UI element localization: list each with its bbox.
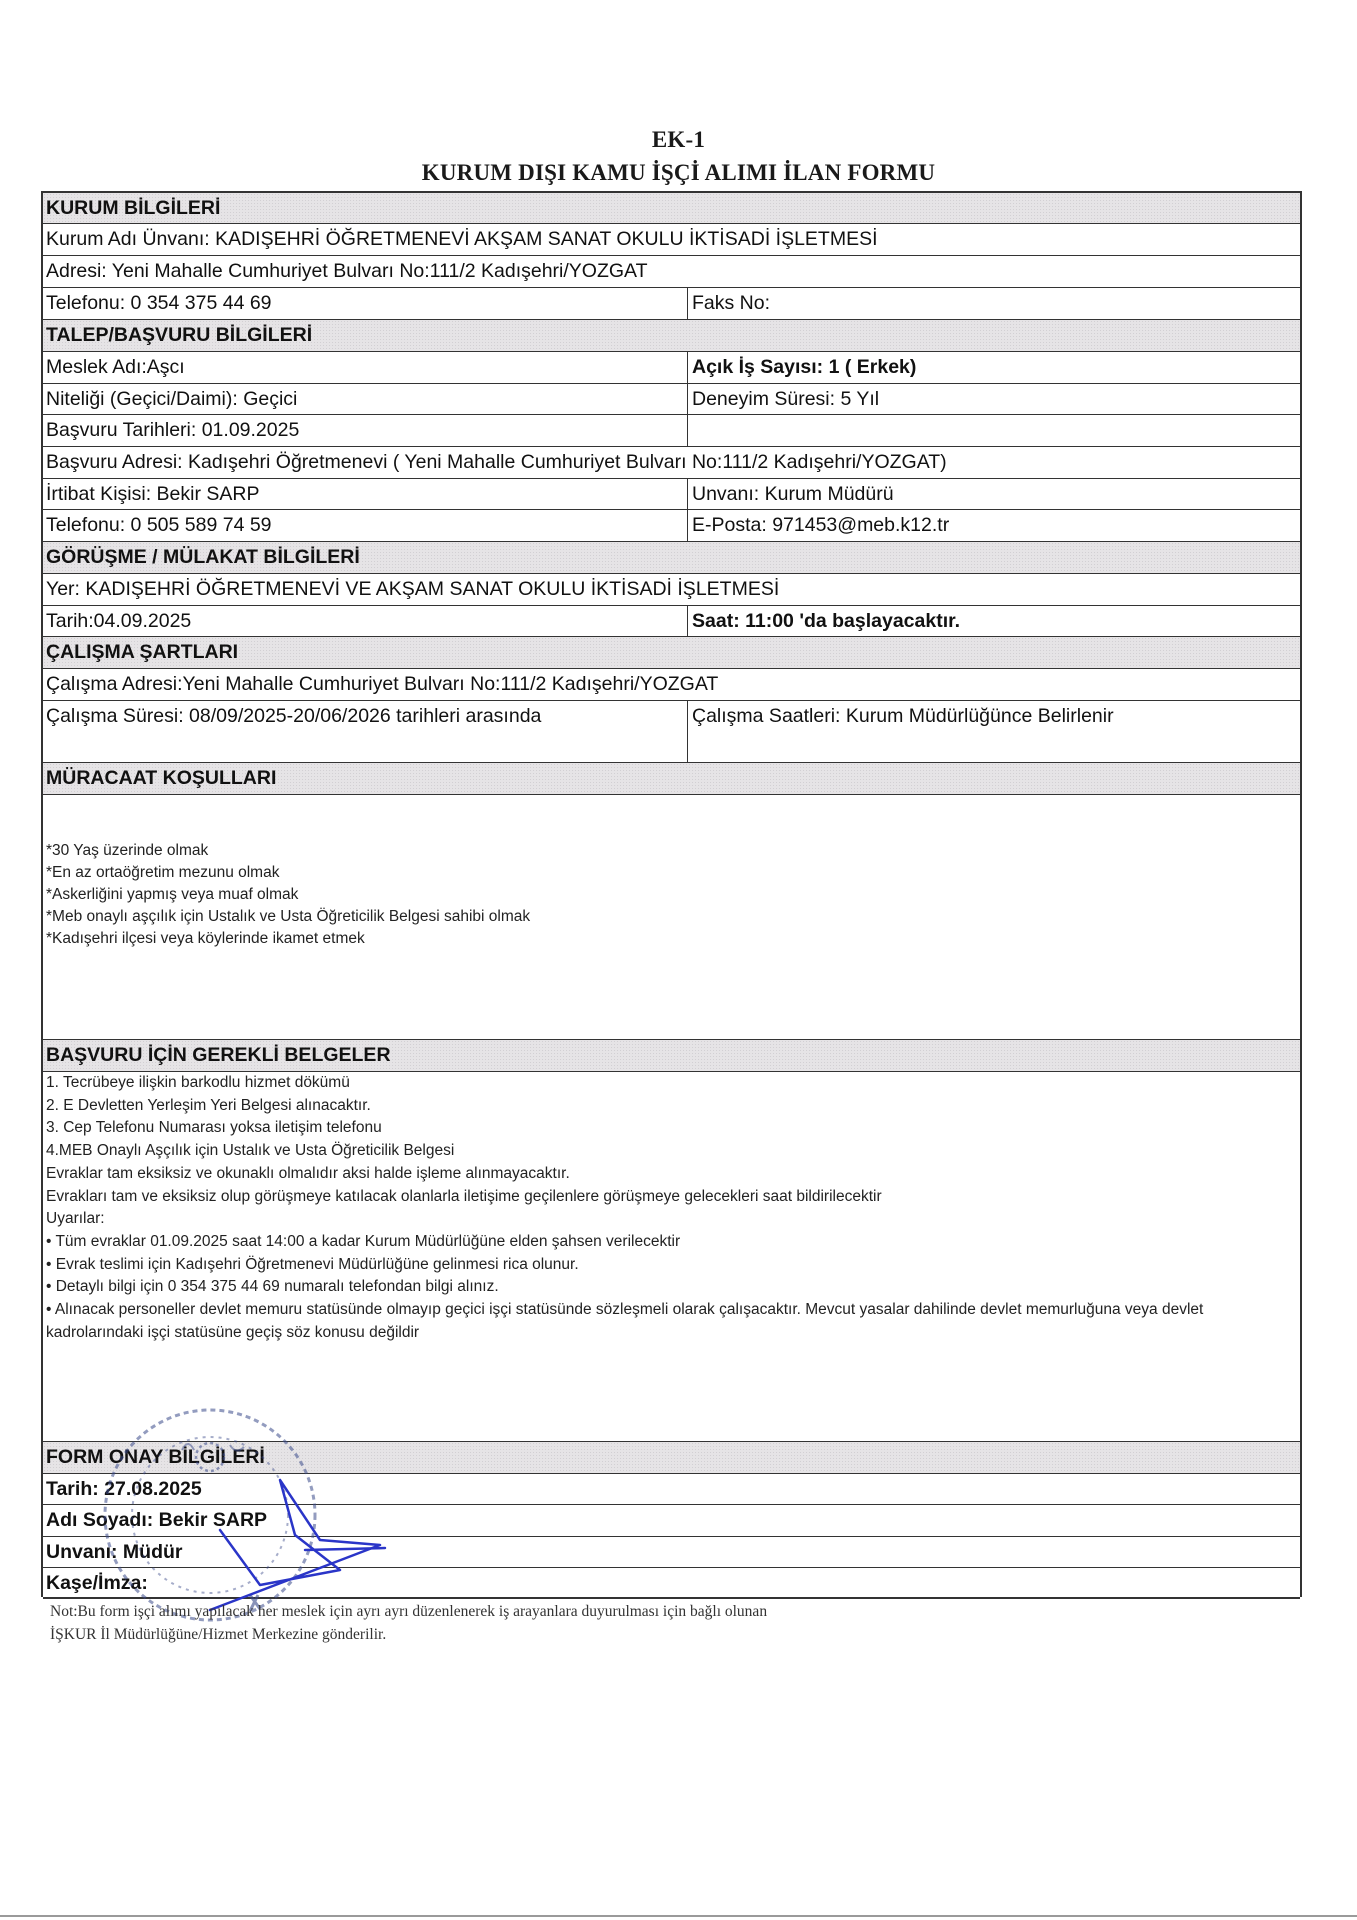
list-item: 4.MEB Onaylı Aşçılık için Ustalık ve Ust… — [46, 1140, 1300, 1163]
row-onay-unvan: Unvanı: Müdür — [43, 1537, 1300, 1568]
row-basvuru-tarihleri: Başvuru Tarihleri: 01.09.2025 — [43, 415, 1300, 447]
field-basvuru-adresi: Başvuru Adresi: Kadışehri Öğretmenevi ( … — [43, 447, 1300, 478]
field-deneyim-suresi: Deneyim Süresi: 5 Yıl — [687, 384, 1300, 414]
field-empty — [687, 415, 1300, 446]
row-nitelik: Niteliği (Geçici/Daimi): Geçici Deneyim … — [43, 384, 1300, 415]
field-basvuru-tarihleri: Başvuru Tarihleri: 01.09.2025 — [43, 415, 688, 446]
field-gorusme-yer: Yer: KADIŞEHRİ ÖĞRETMENEVİ VE AKŞAM SANA… — [43, 574, 1300, 605]
section-title: ÇALIŞMA ŞARTLARI — [43, 637, 1300, 668]
section-header-muracaat: MÜRACAAT KOŞULLARI — [43, 763, 1300, 795]
field-acik-is-sayisi: Açık İş Sayısı: 1 ( Erkek) — [687, 352, 1300, 383]
list-item: 2. E Devletten Yerleşim Yeri Belgesi alı… — [46, 1095, 1300, 1118]
field-niteligi: Niteliği (Geçici/Daimi): Geçici — [43, 384, 688, 414]
section-title: FORM ONAY BİLGİLERİ — [43, 1442, 1300, 1473]
belgeler-body: 1. Tecrübeye ilişkin barkodlu hizmet dök… — [43, 1072, 1300, 1442]
field-irtibat-kisisi: İrtibat Kişisi: Bekir SARP — [43, 479, 688, 509]
row-onay-tarih: Tarih: 27.08.2025 — [43, 1474, 1300, 1505]
warning-item: • Detaylı bilgi için 0 354 375 44 69 num… — [46, 1276, 1300, 1299]
row-kurum-adi: Kurum Adı Ünvanı: KADIŞEHRİ ÖĞRETMENEVİ … — [43, 224, 1300, 256]
field-kurum-adres: Adresi: Yeni Mahalle Cumhuriyet Bulvarı … — [43, 256, 1300, 287]
section-title: BAŞVURU İÇİN GEREKLİ BELGELER — [43, 1040, 1300, 1071]
field-unvani: Unvanı: Kurum Müdürü — [687, 479, 1300, 509]
requirements-list: *30 Yaş üzerinde olmak *En az ortaöğreti… — [43, 840, 1300, 950]
documents-list: 1. Tecrübeye ilişkin barkodlu hizmet dök… — [43, 1072, 1300, 1344]
field-kurum-telefon: Telefonu: 0 354 375 44 69 — [43, 288, 688, 319]
warning-item: • Tüm evraklar 01.09.2025 saat 14:00 a k… — [46, 1231, 1300, 1254]
section-header-talep: TALEP/BAŞVURU BİLGİLERİ — [43, 320, 1300, 352]
row-calisma-adres: Çalışma Adresi:Yeni Mahalle Cumhuriyet B… — [43, 669, 1300, 701]
list-item: 3. Cep Telefonu Numarası yoksa iletişim … — [46, 1117, 1300, 1140]
section-header-gorusme: GÖRÜŞME / MÜLAKAT BİLGİLERİ — [43, 542, 1300, 574]
field-calisma-suresi: Çalışma Süresi: 08/09/2025-20/06/2026 ta… — [43, 701, 688, 762]
row-basvuru-adresi: Başvuru Adresi: Kadışehri Öğretmenevi ( … — [43, 447, 1300, 479]
form-title: KURUM DIŞI KAMU İŞÇİ ALIMI İLAN FORMU — [0, 160, 1357, 186]
list-item: *Meb onaylı aşçılık için Ustalık ve Usta… — [46, 906, 1300, 928]
field-kurum-adi: Kurum Adı Ünvanı: KADIŞEHRİ ÖĞRETMENEVİ … — [43, 224, 1300, 255]
field-gorusme-tarih: Tarih:04.09.2025 — [43, 606, 688, 636]
list-item: Evrakları tam ve eksiksiz olup görüşmeye… — [46, 1186, 1300, 1209]
row-irtibat: İrtibat Kişisi: Bekir SARP Unvanı: Kurum… — [43, 479, 1300, 510]
list-item: 1. Tecrübeye ilişkin barkodlu hizmet dök… — [46, 1072, 1300, 1095]
row-calisma-sure: Çalışma Süresi: 08/09/2025-20/06/2026 ta… — [43, 701, 1300, 763]
note-line: Not:Bu form işçi alımı yapılacak her mes… — [50, 1600, 1150, 1623]
row-gorusme-tarih: Tarih:04.09.2025 Saat: 11:00 'da başlaya… — [43, 606, 1300, 637]
row-gorusme-yer: Yer: KADIŞEHRİ ÖĞRETMENEVİ VE AKŞAM SANA… — [43, 574, 1300, 606]
row-onay-kase: Kaşe/İmza: — [43, 1568, 1300, 1599]
warning-item: • Alınacak personeller devlet memuru sta… — [46, 1299, 1266, 1344]
field-faks: Faks No: — [687, 288, 1300, 319]
job-posting-form: KURUM BİLGİLERİ Kurum Adı Ünvanı: KADIŞE… — [41, 191, 1302, 1597]
row-iletisim: Telefonu: 0 505 589 74 59 E-Posta: 97145… — [43, 510, 1300, 542]
list-item: *Askerliğini yapmış veya muaf olmak — [46, 884, 1300, 906]
footer-note: Not:Bu form işçi alımı yapılacak her mes… — [50, 1600, 1150, 1646]
row-kurum-telefon: Telefonu: 0 354 375 44 69 Faks No: — [43, 288, 1300, 320]
row-onay-adi: Adı Soyadı: Bekir SARP — [43, 1505, 1300, 1537]
section-title: KURUM BİLGİLERİ — [43, 193, 1300, 223]
row-kurum-adres: Adresi: Yeni Mahalle Cumhuriyet Bulvarı … — [43, 256, 1300, 288]
field-irtibat-telefon: Telefonu: 0 505 589 74 59 — [43, 510, 688, 541]
note-line: İŞKUR İl Müdürlüğüne/Hizmet Merkezine gö… — [50, 1623, 1150, 1646]
field-onay-unvani: Unvanı: Müdür — [43, 1537, 1300, 1567]
list-item: *En az ortaöğretim mezunu olmak — [46, 862, 1300, 884]
field-calisma-saatleri: Çalışma Saatleri: Kurum Müdürlüğünce Bel… — [687, 701, 1300, 762]
section-header-onay: FORM ONAY BİLGİLERİ — [43, 1442, 1300, 1474]
field-meslek-adi: Meslek Adı:Aşcı — [43, 352, 688, 383]
field-kase-imza: Kaşe/İmza: — [43, 1568, 1300, 1597]
section-header-calisma: ÇALIŞMA ŞARTLARI — [43, 637, 1300, 669]
annex-label: EK-1 — [0, 127, 1357, 153]
field-onay-tarih: Tarih: 27.08.2025 — [43, 1474, 1300, 1504]
list-item: *Kadışehri ilçesi veya köylerinde ikamet… — [46, 928, 1300, 950]
section-title: TALEP/BAŞVURU BİLGİLERİ — [43, 320, 1300, 351]
list-item: *30 Yaş üzerinde olmak — [46, 840, 1300, 862]
page-edge-divider — [0, 1915, 1357, 1917]
field-gorusme-saat: Saat: 11:00 'da başlayacaktır. — [687, 606, 1300, 636]
section-header-belgeler: BAŞVURU İÇİN GEREKLİ BELGELER — [43, 1040, 1300, 1072]
section-header-kurum: KURUM BİLGİLERİ — [43, 193, 1300, 224]
list-item: Evraklar tam eksiksiz ve okunaklı olmalı… — [46, 1163, 1300, 1186]
section-title: GÖRÜŞME / MÜLAKAT BİLGİLERİ — [43, 542, 1300, 573]
warning-item: • Evrak teslimi için Kadışehri Öğretmene… — [46, 1254, 1300, 1277]
field-calisma-adresi: Çalışma Adresi:Yeni Mahalle Cumhuriyet B… — [43, 669, 1300, 700]
warnings-label: Uyarılar: — [46, 1208, 1300, 1231]
section-title: MÜRACAAT KOŞULLARI — [43, 763, 1300, 794]
field-eposta: E-Posta: 971453@meb.k12.tr — [687, 510, 1300, 541]
muracaat-body: *30 Yaş üzerinde olmak *En az ortaöğreti… — [43, 795, 1300, 1040]
row-meslek: Meslek Adı:Aşcı Açık İş Sayısı: 1 ( Erke… — [43, 352, 1300, 384]
field-onay-adi-soyadi: Adı Soyadı: Bekir SARP — [43, 1505, 1300, 1536]
